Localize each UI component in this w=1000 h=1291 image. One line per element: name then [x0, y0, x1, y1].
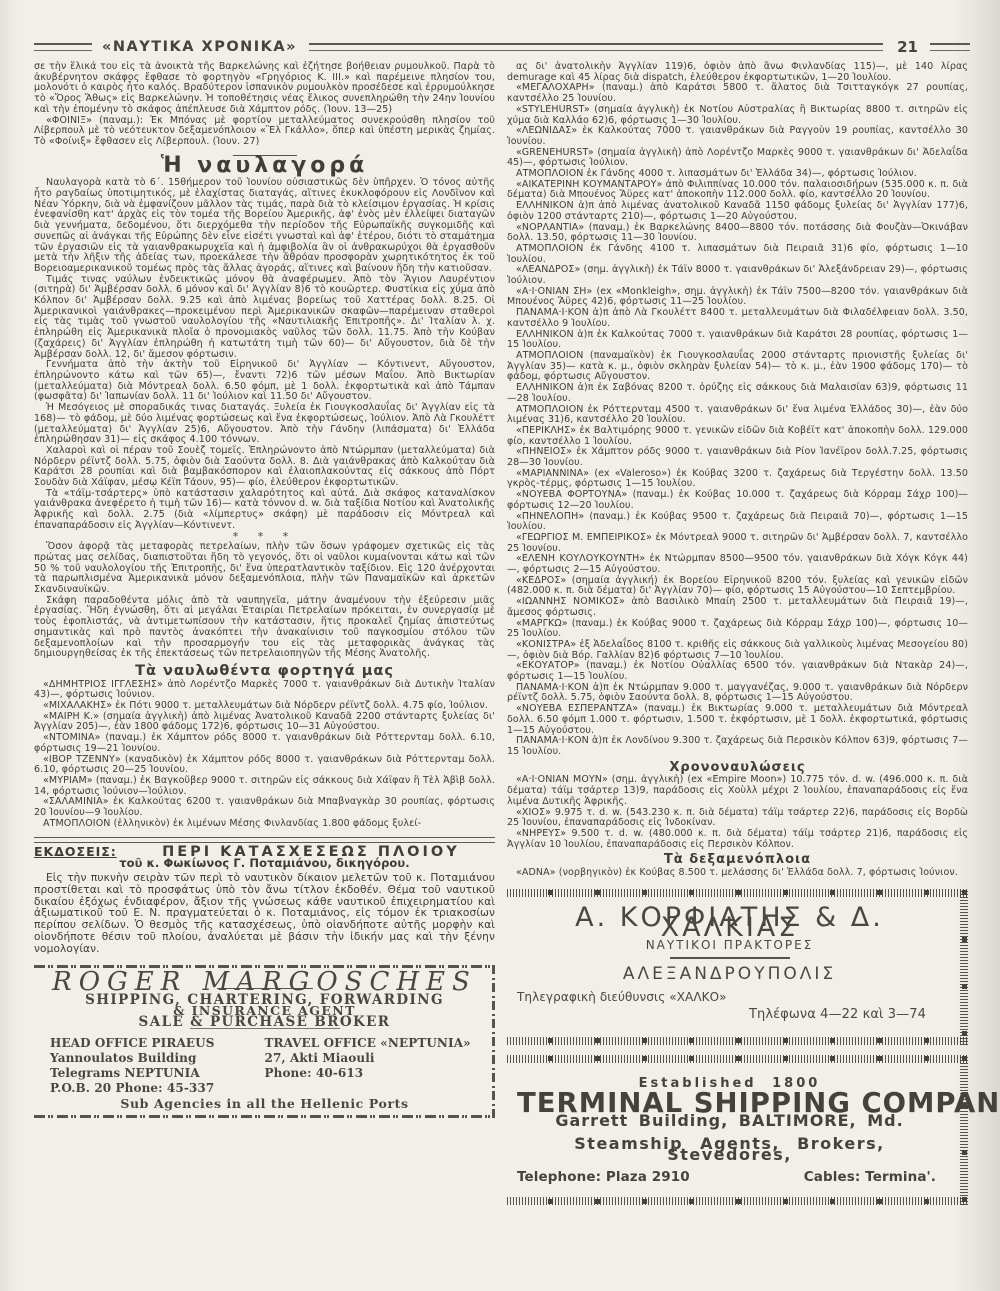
ad-comb-border-bottom — [507, 1037, 968, 1045]
ad-border-right — [492, 965, 495, 1119]
charter-entry: «ΕΛΕΝΗ ΚΟΥΛΟΥΚΟΥΝΤΗ» ἐκ Ντώρμπαν 8500—95… — [507, 554, 968, 575]
margosches-contact: HEAD OFFICE PIRAEUSYannoulatos BuildingT… — [50, 1036, 479, 1096]
tanker-paragraph: Ὅσον ἀφορᾷ τὰς μεταφορὰς πετρελαίων, πλὴ… — [34, 542, 495, 596]
editions-subtitle: τοῦ κ. Φωκίωνος Γ. Ποταμιάνου, δικηγόρου… — [34, 858, 495, 869]
editions-section: ΕΚΔΟΣΕΙΣ: ΠΕΡΙ ΚΑΤΑΣΧΕΣΕΩΣ ΠΛΟΙΟΥ τοῦ κ.… — [34, 847, 495, 956]
chartered-entry: «ΔΗΜΗΤΡΙΟΣ ΙΓΓΛΕΣΗΣ» ἀπὸ Λορέντζο Μαρκὲς… — [34, 680, 495, 701]
tanker-paragraph: Σκάφη παραδοθέντα μόλις ἀπὸ τὰ ναυπηγεῖα… — [34, 596, 495, 660]
ad-border-top — [34, 965, 495, 968]
contact-line: Telegrams NEPTUNIA — [50, 1066, 265, 1081]
charter-entry: «ΝΟΥΕΒΑ ΦΟΡΤΟΥΝΑ» (παναμ.) ἐκ Κούβας 10.… — [507, 490, 968, 511]
page-number: 21 — [897, 38, 918, 56]
chartered-entry: «ΙΒΟΡ ΤΖΕΝΝΥ» (καναδικὸν) ἐκ Χάμπτον ρόδ… — [34, 755, 495, 776]
charter-entry: «ΝΟΡΛΑΝΤΙΑ» (παναμ.) ἐκ Βαρκελώνης 8400—… — [507, 223, 968, 244]
contact-line: Phone: 40-613 — [265, 1066, 480, 1081]
charter-entry: ΠΑΝΑΜΑ·Ι·ΚΟΝ ἁ)π ἐκ Λονδίνου 9.300 τ. ζα… — [507, 736, 968, 757]
tankers-heading: Τὰ δεξαμενόπλοια — [507, 855, 968, 866]
charter-entry: «ΓΕΩΡΓΙΟΣ Μ. ΕΜΠΕΙΡΙΚΟΣ» ἐκ Μόντρεαλ 900… — [507, 533, 968, 554]
head-office-block: HEAD OFFICE PIRAEUSYannoulatos BuildingT… — [50, 1036, 265, 1096]
charter-entry: «ΠΗΝΕΙΟΣ» ἐκ Χάμπτον ρόδς 9000 τ. γαιανθ… — [507, 447, 968, 468]
charter-entry: ΕΛΛΗΝΙΚΟΝ ἁ)π ἐκ Καλκούτας 7000 τ. γαιαν… — [507, 330, 968, 351]
charter-entry: ΑΤΜΟΠΛΟΙΟΝ (παναμαϊκὸν) ἐκ Γιουγκοσλαυΐα… — [507, 351, 968, 383]
chartered-entry: «ΝΤΟΜΙΝΑ» (παναμ.) ἐκ Χάμπτον ρόδς 8000 … — [34, 733, 495, 754]
terminal-ad-content: Established 1800 TERMINAL SHIPPING COMPA… — [507, 1063, 968, 1197]
charter-entry: ΕΛΛΗΝΙΚΟΝ ἁ)π ἀπὸ λιμένας ἀνατολικοῦ Καν… — [507, 201, 968, 222]
freight-paragraph: Χαλαροὶ καὶ οἱ πέραν τοῦ Σουὲζ τομεῖς. Ἐ… — [34, 446, 495, 489]
terminal-address: Garrett Building, BALTIMORE, Md. — [517, 1116, 942, 1127]
charter-entry: «ΙΩΑΝΝΗΣ ΝΟΜΙΚΟΣ» ἀπὸ Βασιλικὸ Μπαίη 250… — [507, 597, 968, 618]
korfiatis-phones: Τηλέφωνα 4—22 καὶ 3—74 — [517, 1010, 926, 1021]
editions-label: ΕΚΔΟΣΕΙΣ: — [34, 847, 117, 858]
terminal-contact-row: Telephone: Plaza 2910 Cables: Termina'. — [517, 1172, 936, 1183]
travel-office-block: TRAVEL OFFICE «NEPTUNIA»27, Akti Miaouli… — [265, 1036, 480, 1096]
charter-entry: «Α·Ι·ΟΝΙΑΝ ΣΗ» (ex «Monkleigh», σημ. ἀγγ… — [507, 287, 968, 308]
time-charter-list: «Α·Ι·ΟΝΙΑΝ ΜΟΥΝ» (σημ. ἀγγλικὴ) (ex «Emp… — [507, 775, 968, 850]
tanker-entry: «ADNA» (νορβηγικὸν) ἐκ Κούβας 8.500 τ. μ… — [507, 868, 968, 879]
time-charter-entry: «ΝΗΡΕΥΣ» 9.500 τ. d. w. (480.000 κ. π. δ… — [507, 829, 968, 850]
ad-comb-border-right — [960, 1055, 968, 1205]
margosches-footer: Sub Agencies in all the Hellenic Ports — [50, 1099, 479, 1110]
charter-entry: «ΜΑΡΓΚΩ» (παναμ.) ἐκ Κούβας 9000 τ. ζαχά… — [507, 619, 968, 640]
freight-paragraph: Τὰ «τάϊμ-τσάρτερς» ὑπὸ κατάστασιν χαλαρό… — [34, 489, 495, 532]
korfiatis-ad-content: Α. ΚΟΡΦΙΑΤΗΣ & Δ. ΧΑΛΚΙΑΣ ΝΑΥΤΙΚΟΙ ΠΡΑΚΤ… — [507, 897, 968, 1037]
korfiatis-divider — [670, 957, 790, 959]
margosches-ad: ROGER MARGOSCHES SHIPPING, CHARTERING, F… — [34, 965, 495, 1119]
ad-comb-border-top — [507, 889, 968, 897]
terminal-company-name: TERMINAL SHIPPING COMPANY — [517, 1098, 942, 1109]
charter-entry: ΠΑΝΑΜΑ·Ι·ΚΟΝ ἁ)π ἐκ Ντώρμπαν 9.000 τ. μα… — [507, 683, 968, 704]
terminal-cables: Cables: Termina'. — [804, 1172, 936, 1183]
charter-entry: «ΝΟΥΕΒΑ ΕΣΠΕΡΑΝΤΖΑ» (παναμ.) ἐκ Βικτωρία… — [507, 704, 968, 736]
right-column: ας δι' ἀνατολικὴν Ἀγγλίαν 119)6, ὀφιὸν ἀ… — [507, 62, 968, 1205]
contact-line: HEAD OFFICE PIRAEUS — [50, 1036, 265, 1051]
charter-entry: «ΚΟΝΙΣΤΡΑ» ἐξ Ἀδελαΐδος 8100 τ. κριθῆς ε… — [507, 640, 968, 661]
charter-entry: «ΜΕΓΑΛΟΧΑΡΗ» (παναμ.) ἀπὸ Καράτσι 5800 τ… — [507, 83, 968, 104]
tanker-commentary: Ὅσον ἀφορᾷ τὰς μεταφορὰς πετρελαίων, πλὴ… — [34, 542, 495, 660]
freight-paragraph: Τιμάς τινας ναύλων ἐνδεικτικῶς μόνον θὰ … — [34, 275, 495, 361]
ad-comb-border-bottom — [507, 1197, 968, 1205]
chartered-list: «ΔΗΜΗΤΡΙΟΣ ΙΓΓΛΕΣΗΣ» ἀπὸ Λορέντζο Μαρκὲς… — [34, 680, 495, 830]
charter-entry: «ΜΑΡΙΑΝΝΙΝΑ» (ex «Valeroso») ἐκ Κούβας 3… — [507, 469, 968, 490]
charter-entry: «ΠΕΡΙΚΛΗΣ» ἐκ Βαλτιμόρης 9000 τ. γενικῶν… — [507, 426, 968, 447]
chartered-heading: Τὰ ναυλωθέντα φορτηγά μας — [34, 666, 495, 677]
terminal-ad: Established 1800 TERMINAL SHIPPING COMPA… — [507, 1055, 968, 1205]
chartered-entry: «ΣΑΛΑΜΙΝΙΑ» ἐκ Καλκούτας 6200 τ. γαιανθρ… — [34, 797, 495, 818]
freight-market-heading: Ἡ ναυλαγορά — [34, 161, 495, 172]
contact-line: TRAVEL OFFICE «NEPTUNIA» — [265, 1036, 480, 1051]
charter-entry: ας δι' ἀνατολικὴν Ἀγγλίαν 119)6, ὀφιὸν ἀ… — [507, 62, 968, 83]
header-rule-left — [34, 43, 92, 51]
charter-entry: «ΛΕΑΝΔΡΟΣ» (σημ. ἀγγλικὴ) ἐκ Τάϊν 8000 τ… — [507, 265, 968, 286]
charter-entry: ΕΛΛΗΝΙΚΟΝ ἁ)π ἐκ Σαβόνας 8200 τ. ὀρύζης … — [507, 383, 968, 404]
news-continuation: σε τὴν ἕλικά του εἰς τὰ ἀνοικτὰ τῆς Βαρκ… — [34, 62, 495, 148]
tanker-list: «ADNA» (νορβηγικὸν) ἐκ Κούβας 8.500 τ. μ… — [507, 868, 968, 879]
chartered-entry: «ΜΑΙΡΗ Κ.» (σημαία ἀγγλικὴ) ἀπὸ λιμένας … — [34, 712, 495, 733]
charter-entry: «ΑΙΚΑΤΕΡΙΝΗ ΚΟΥΜΑΝΤΑΡΟΥ» ἀπὸ Φιλιππίνας … — [507, 180, 968, 201]
page-header: «ΝΑΥΤΙΚΑ ΧΡΟΝΙΚΑ» 21 — [34, 36, 970, 58]
margosches-name: ROGER MARGOSCHES — [50, 977, 479, 988]
terminal-services: Steamship Agents, Brokers, Stevedores, — [517, 1139, 942, 1160]
two-column-layout: σε τὴν ἕλικά του εἰς τὰ ἀνοικτὰ τῆς Βαρκ… — [34, 62, 968, 1205]
chartered-entry: «ΜΥΡΙΑΜ» (παναμ.) ἐκ Βαγκοῦβερ 9000 τ. σ… — [34, 776, 495, 797]
korfiatis-title: Α. ΚΟΡΦΙΑΤΗΣ & Δ. ΧΑΛΚΙΑΣ — [517, 913, 942, 934]
news-paragraph: «ΦΟΙΝΙΞ» (παναμ.): Ἐκ Μπόνας μὲ φορτίον … — [34, 116, 495, 148]
charter-entry: «ΛΕΩΝΙΔΑΣ» ἐκ Καλκούτας 7000 τ. γαιανθρά… — [507, 126, 968, 147]
magazine-page: «ΝΑΥΤΙΚΑ ΧΡΟΝΙΚΑ» 21 σε τὴν ἕλικά του εἰ… — [0, 0, 1000, 1291]
contact-line: P.O.B. 20 Phone: 45-337 — [50, 1081, 265, 1096]
left-column: σε τὴν ἕλικά του εἰς τὰ ἀνοικτὰ τῆς Βαρκ… — [34, 62, 495, 1205]
charter-entry: «GRENEHURST» (σημαία ἀγγλικὴ) ἀπὸ Λορέντ… — [507, 148, 968, 169]
editions-body: Εἰς τὴν πυκνὴν σειρὰν τῶν περὶ τὸ ναυτικ… — [34, 873, 495, 956]
time-charters-heading: Χρονοναυλώσεις — [507, 763, 968, 774]
news-paragraph: σε τὴν ἕλικά του εἰς τὰ ἀνοικτὰ τῆς Βαρκ… — [34, 62, 495, 116]
korfiatis-city: ΑΛΕΞΑΝΔΡΟΥΠΟΛΙΣ — [517, 969, 942, 980]
charter-listings: ας δι' ἀνατολικὴν Ἀγγλίαν 119)6, ὀφιὸν ἀ… — [507, 62, 968, 758]
ad-comb-border-top — [507, 1055, 968, 1063]
charter-entry: «ΚΕΔΡΟΣ» (σημαία ἀγγλική) ἐκ Βορείου Εἰρ… — [507, 576, 968, 597]
charter-entry: ΑΤΜΟΠΛΟΙΟΝ ἐκ Ρόττερνταμ 4500 τ. γαιανθρ… — [507, 405, 968, 426]
ad-comb-border-right — [960, 889, 968, 1045]
margosches-line3: SALE & PURCHASE BROKER — [50, 1017, 479, 1028]
masthead-title: «ΝΑΥΤΙΚΑ ΧΡΟΝΙΚΑ» — [102, 39, 297, 55]
time-charter-entry: «ΧΙΟΣ» 9.975 τ. d. w. (543.230 κ. π. διὰ… — [507, 808, 968, 829]
editions-separator-rule — [34, 837, 495, 843]
freight-paragraph: Ἡ Μεσόγειος μὲ σποραδικάς τινας διαταγάς… — [34, 403, 495, 446]
chartered-entry: ΑΤΜΟΠΛΟΙΟΝ (ἑλληνικὸν) ἐκ λιμένων Μέσης … — [34, 819, 495, 830]
korfiatis-ad: Α. ΚΟΡΦΙΑΤΗΣ & Δ. ΧΑΛΚΙΑΣ ΝΑΥΤΙΚΟΙ ΠΡΑΚΤ… — [507, 889, 968, 1045]
ad-border-bottom — [34, 1115, 495, 1118]
header-rule-right — [930, 43, 970, 51]
contact-line: 27, Akti Miaouli — [265, 1051, 480, 1066]
freight-market-body: Ναυλαγορὰ κατὰ τὸ 6΄. 15θήμερον τοῦ Ἰουν… — [34, 178, 495, 531]
korfiatis-telegraph: Τηλεγραφικὴ διεύθυνσις «ΧΑΛΚΟ» — [517, 992, 942, 1003]
freight-paragraph: Ναυλαγορὰ κατὰ τὸ 6΄. 15θήμερον τοῦ Ἰουν… — [34, 178, 495, 274]
charter-entry: ΠΑΝΑΜΑ·Ι·ΚΟΝ ἁ)π ἀπὸ Λὰ Γκουλέττ 8400 τ.… — [507, 308, 968, 329]
charter-entry: «ΠΗΝΕΛΟΠΗ» (παναμ.) ἐκ Κούβας 9500 τ. ζα… — [507, 512, 968, 533]
time-charter-entry: «Α·Ι·ΟΝΙΑΝ ΜΟΥΝ» (σημ. ἀγγλικὴ) (ex «Emp… — [507, 775, 968, 807]
charter-entry: «STYLEHURST» (σημαία ἀγγλικὴ) ἐκ Νοτίου … — [507, 105, 968, 126]
terminal-telephone: Telephone: Plaza 2910 — [517, 1172, 690, 1183]
header-rule-middle — [309, 43, 883, 51]
contact-line: Yannoulatos Building — [50, 1051, 265, 1066]
korfiatis-subtitle: ΝΑΥΤΙΚΟΙ ΠΡΑΚΤΟΡΕΣ — [517, 940, 942, 951]
charter-entry: «ΕΚΟΥΑΤΟΡ» (παναμ.) ἐκ Νοτίου Οὐαλλίας 6… — [507, 661, 968, 682]
charter-entry: ΑΤΜΟΠΛΟΙΟΝ ἐκ Γάνδης 4100 τ. λιπασμάτων … — [507, 244, 968, 265]
freight-paragraph: Γεννήματα ἀπὸ τὴν ἀκτὴν τοῦ Εἰρηνικοῦ δι… — [34, 360, 495, 403]
